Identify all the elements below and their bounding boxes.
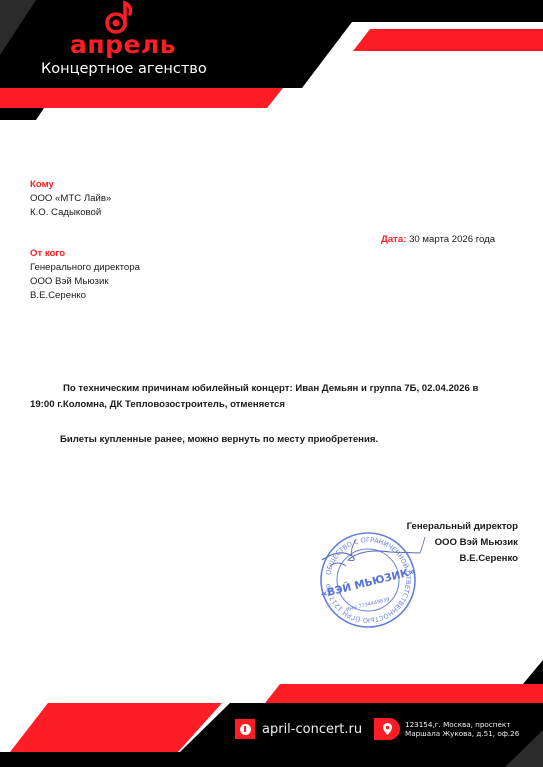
- address-line-2: Маршала Жукова, д.51, оф.26: [405, 729, 519, 738]
- footer-decoration: [0, 0, 543, 767]
- footer-address: 123154,г. Москва, проспект Маршала Жуков…: [374, 718, 519, 740]
- footer-website[interactable]: april-concert.ru: [235, 719, 362, 739]
- map-pin-icon: [374, 718, 400, 740]
- address-text: 123154,г. Москва, проспект Маршала Жуков…: [405, 720, 519, 738]
- website-link[interactable]: april-concert.ru: [262, 722, 362, 737]
- address-line-1: 123154,г. Москва, проспект: [405, 720, 519, 729]
- info-icon: [235, 719, 255, 739]
